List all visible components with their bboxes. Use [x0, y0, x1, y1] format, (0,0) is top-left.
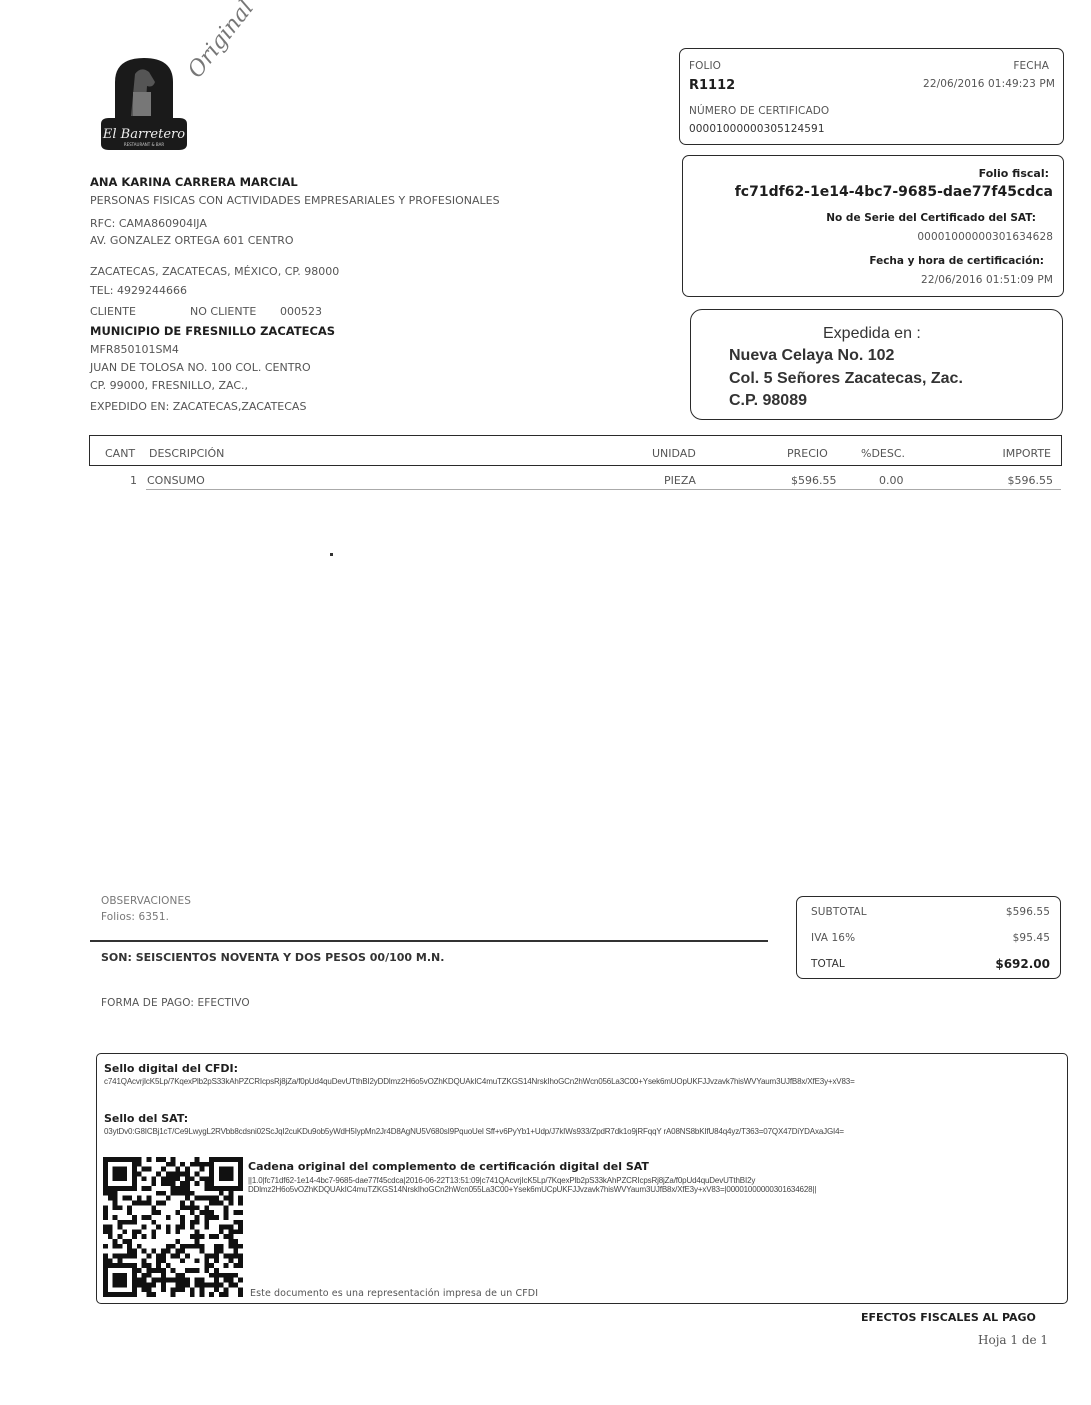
total-value: $692.00	[995, 957, 1050, 971]
issued-at-line2: Col. 5 Señores Zacatecas, Zac.	[729, 370, 963, 388]
client-number-label: NO CLIENTE	[190, 305, 256, 318]
row-price: $596.55	[791, 474, 837, 487]
sat-seal-value: 03ytDv0:G8ICBj1cT/Ce9LwygL2RVbb8cdsni02S…	[104, 1127, 1059, 1136]
folio-number: R1112	[689, 78, 735, 93]
row-amount: $596.55	[1008, 474, 1054, 487]
subtotal-value: $596.55	[1006, 906, 1050, 918]
issued-at-title: Expedida en :	[823, 325, 921, 343]
logo-emblem-icon: El Barretero RESTAURANT & BAR	[95, 52, 193, 156]
qr-code-icon	[103, 1157, 243, 1297]
iva-label: IVA 16%	[811, 932, 855, 944]
cfdi-seal-value: c741QAcvrjIcK5Lp/7KqexPlb2pS33kAhPZCRIcp…	[104, 1077, 1059, 1086]
sat-serial-number: 00001000000301634628	[917, 231, 1053, 243]
row-description: CONSUMO	[147, 474, 205, 487]
qr-code	[103, 1157, 243, 1297]
emitter-phone: TEL: 4929244666	[90, 284, 187, 297]
date-label: FECHA	[1013, 60, 1049, 72]
emitter-address-line2: ZACATECAS, ZACATECAS, MÉXICO, CP. 98000	[90, 265, 339, 278]
issued-at-box: Expedida en : Nueva Celaya No. 102 Col. …	[690, 309, 1063, 420]
svg-text:El Barretero: El Barretero	[102, 127, 185, 142]
folio-fiscal-label: Folio fiscal:	[979, 167, 1049, 180]
invoice-date: 22/06/2016 01:49:23 PM	[923, 78, 1055, 90]
row-divider	[146, 489, 1061, 490]
folio-fiscal-uuid: fc71df62-1e14-4bc7-9685-dae77f45cdca	[735, 184, 1053, 200]
fiscal-effects-note: EFECTOS FISCALES AL PAGO	[861, 1311, 1036, 1324]
scan-speck	[330, 553, 333, 556]
sat-serial-label: No de Serie del Certificado del SAT:	[826, 212, 1036, 224]
client-address-line2: CP. 99000, FRESNILLO, ZAC.,	[90, 379, 248, 392]
observations-label: OBSERVACIONES	[101, 895, 191, 907]
emitter-rfc: RFC: CAMA860904IJA	[90, 217, 207, 230]
sat-seal-label: Sello del SAT:	[104, 1112, 188, 1125]
cfdi-disclaimer: Este documento es una representación imp…	[250, 1288, 538, 1299]
company-logo: El Barretero RESTAURANT & BAR	[95, 52, 193, 156]
totals-box: SUBTOTAL $596.55 IVA 16% $95.45 TOTAL $6…	[796, 896, 1061, 979]
total-label: TOTAL	[811, 958, 845, 970]
certification-datetime: 22/06/2016 01:51:09 PM	[921, 274, 1053, 286]
amount-in-words: SON: SEISCIENTOS NOVENTA Y DOS PESOS 00/…	[101, 951, 444, 964]
header-unit: UNIDAD	[652, 447, 696, 460]
header-discount: %DESC.	[861, 447, 905, 460]
original-chain-line2: DDlmz2H6o5vOZhKDQUAkIC4muTZKGS14NrskIhoG…	[248, 1185, 1048, 1194]
payment-method: FORMA DE PAGO: EFECTIVO	[101, 997, 250, 1009]
client-label: CLIENTE	[90, 305, 136, 318]
folio-box: FOLIO R1112 FECHA 22/06/2016 01:49:23 PM…	[679, 48, 1064, 145]
items-table-header: CANT DESCRIPCIÓN UNIDAD PRECIO %DESC. IM…	[89, 435, 1062, 466]
folio-label: FOLIO	[689, 60, 721, 72]
client-name: MUNICIPIO DE FRESNILLO ZACATECAS	[90, 324, 335, 338]
emitter-address-line1: AV. GONZALEZ ORTEGA 601 CENTRO	[90, 234, 294, 247]
original-chain-line1: ||1.0|fc71df62-1e14-4bc7-9685-dae77f45cd…	[248, 1176, 1048, 1185]
client-issued-in: EXPEDIDO EN: ZACATECAS,ZACATECAS	[90, 400, 306, 413]
page-indicator: Hoja 1 de 1	[978, 1333, 1048, 1347]
emitter-regime: PERSONAS FISICAS CON ACTIVIDADES EMPRESA…	[90, 194, 500, 207]
cfdi-seal-label: Sello digital del CFDI:	[104, 1062, 238, 1075]
row-discount: 0.00	[879, 474, 904, 487]
row-unit: PIEZA	[664, 474, 696, 487]
original-chain-label: Cadena original del complemento de certi…	[248, 1160, 649, 1173]
issued-at-line1: Nueva Celaya No. 102	[729, 347, 894, 365]
observations-value: Folios: 6351.	[101, 911, 169, 923]
header-price: PRECIO	[787, 447, 828, 460]
header-amount: IMPORTE	[1002, 447, 1051, 460]
certificate-label: NÚMERO DE CERTIFICADO	[689, 105, 829, 117]
header-description: DESCRIPCIÓN	[149, 447, 224, 460]
row-qty: 1	[130, 474, 137, 487]
subtotal-label: SUBTOTAL	[811, 906, 867, 918]
certification-datetime-label: Fecha y hora de certificación:	[869, 255, 1044, 267]
client-number: 000523	[280, 305, 322, 318]
issued-at-line3: C.P. 98089	[729, 392, 807, 410]
client-rfc: MFR850101SM4	[90, 343, 179, 356]
emitter-name: ANA KARINA CARRERA MARCIAL	[90, 175, 298, 189]
certificate-number: 00001000000305124591	[689, 123, 825, 135]
fiscal-box: Folio fiscal: fc71df62-1e14-4bc7-9685-da…	[682, 155, 1064, 297]
svg-text:RESTAURANT & BAR: RESTAURANT & BAR	[124, 142, 165, 147]
handwritten-original-note: Original	[183, 0, 259, 83]
header-qty: CANT	[105, 447, 135, 460]
client-address-line1: JUAN DE TOLOSA NO. 100 COL. CENTRO	[90, 361, 311, 374]
iva-value: $95.45	[1013, 932, 1050, 944]
amount-words-divider	[90, 940, 768, 942]
